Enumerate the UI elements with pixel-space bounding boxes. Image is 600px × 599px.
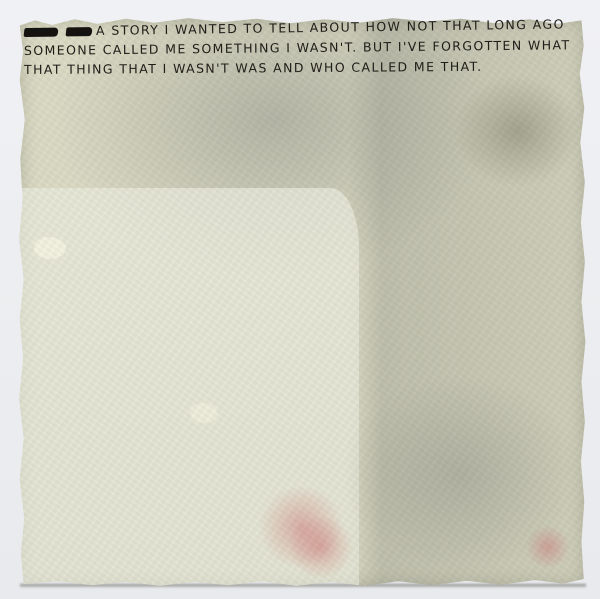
handwritten-text: A STORY I WANTED TO TELL ABOUT HOW NOT T… — [24, 22, 584, 79]
pink-stain — [286, 517, 356, 577]
redaction-mark — [65, 27, 92, 36]
watercolor-paper — [18, 17, 586, 587]
white-spot-small — [190, 403, 218, 423]
photo-backdrop: A STORY I WANTED TO TELL ABOUT HOW NOT T… — [0, 0, 600, 599]
pink-stain-corner — [523, 527, 573, 567]
text-line-3: THAT THING THAT I WASN'T WAS AND WHO CAL… — [24, 56, 584, 79]
redaction-mark — [23, 28, 58, 37]
white-spot — [34, 237, 66, 259]
text-line-1-content: A STORY I WANTED TO TELL ABOUT HOW NOT T… — [96, 16, 565, 38]
